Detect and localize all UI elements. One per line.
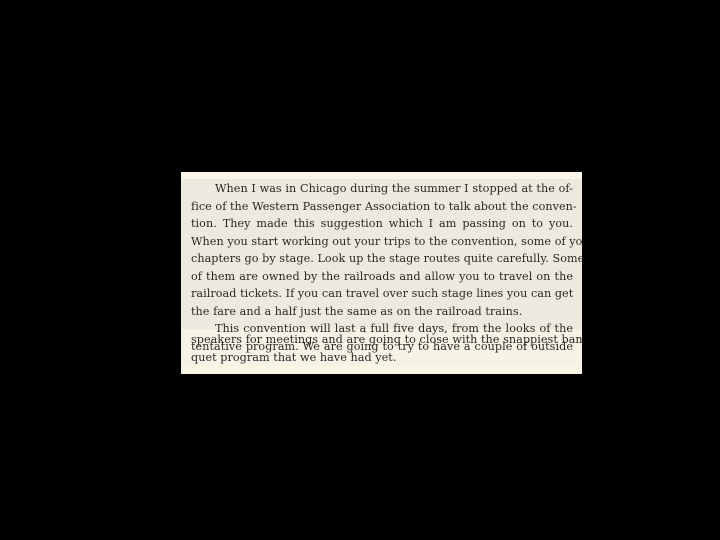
text-line: chapters go by stage. Look up the stage … [191, 250, 573, 268]
paper-top-edge [181, 172, 582, 179]
newspaper-clipping: When I was in Chicago during the summer … [181, 172, 582, 374]
text-line: railroad tickets. If you can travel over… [191, 285, 573, 303]
paper-bottom-edge [181, 366, 582, 374]
text-line: tion. They made this suggestion which I … [191, 215, 573, 233]
text-line: When you start working out your trips to… [191, 233, 573, 251]
text-line: of them are owned by the railroads and a… [191, 268, 573, 286]
text-line: fice of the Western Passenger Associatio… [191, 198, 573, 216]
text-line: When I was in Chicago during the summer … [191, 180, 573, 198]
clipping-text-upper: When I was in Chicago during the summer … [191, 180, 573, 355]
text-line: speakers for meetings and are going to c… [191, 331, 573, 349]
text-line: quet program that we have had yet. [191, 349, 573, 367]
text-line: the fare and a half just the same as on … [191, 303, 573, 321]
clipping-text-lower: speakers for meetings and are going to c… [191, 331, 573, 366]
